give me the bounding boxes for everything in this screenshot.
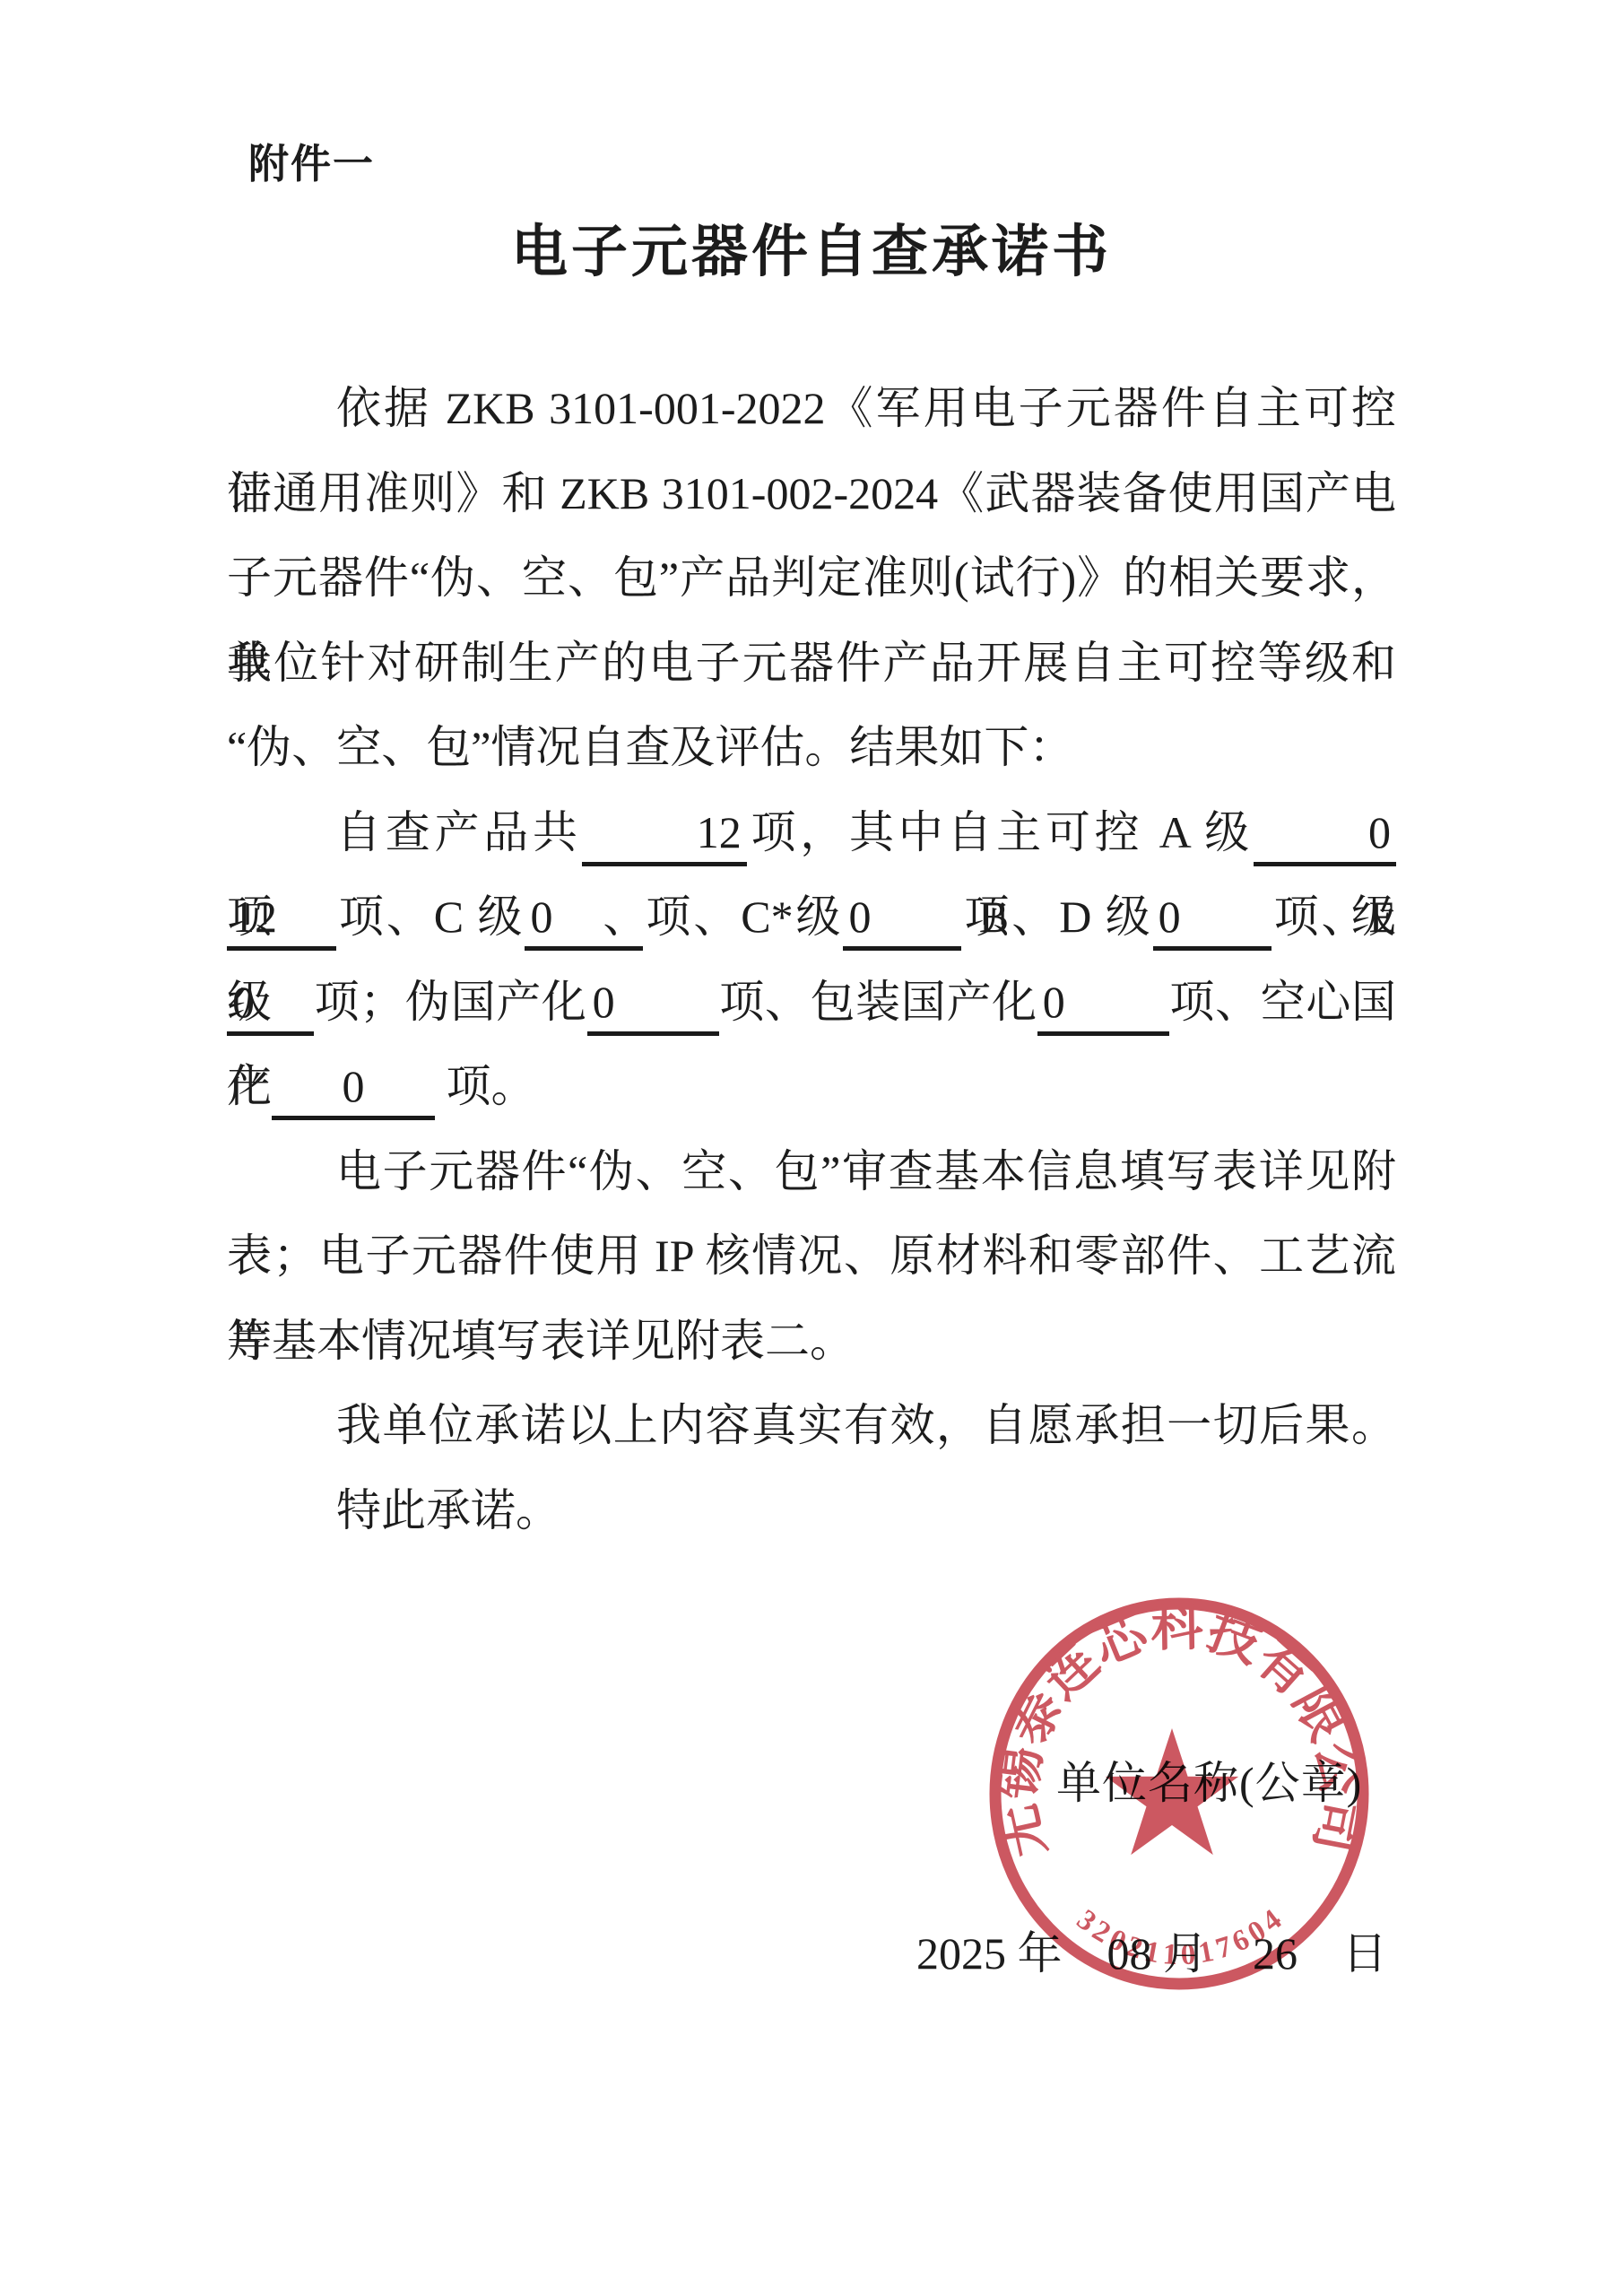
page-title: 电子元器件自查承诺书 (0, 206, 1623, 288)
seal-graphic: 无锡泰连芯科技有限公司 320211017604 (964, 1578, 1394, 2009)
body-line: 我单位承诺以上内容真实有效，自愿承担一切后果。 (227, 1383, 1396, 1468)
body-line: 子元器件“伪、空、包”产品判定准则(试行)》的相关要求，我 (227, 535, 1396, 621)
attachment-label: 附件一 (248, 131, 375, 189)
body-line: 单位针对研制生产的电子元器件产品开展自主可控等级和 (227, 621, 1396, 706)
document-page: 附件一 电子元器件自查承诺书 依据 ZKB 3101-001-2022《军用电子… (0, 0, 1623, 2296)
body-line: 等基本情况填写表详见附表二。 (227, 1299, 1396, 1384)
fill-in-blank-value: 12 (227, 889, 336, 951)
body-line: 0项；伪国产化0项、包装国产化0项、空心国产 (227, 960, 1396, 1045)
body-line: 依据 ZKB 3101-001-2022《军用电子元器件自主可控评 (227, 366, 1396, 451)
fill-in-blank-value: 0 (587, 974, 719, 1036)
body-line: “伪、空、包”情况自查及评估。结果如下： (227, 705, 1396, 790)
body-line: 一；电子元器件使用 IP 核情况、原材料和零部件、工艺流片 (227, 1213, 1396, 1299)
document-body: 依据 ZKB 3101-001-2022《军用电子元器件自主可控评估通用准则》和… (227, 366, 1396, 1552)
svg-text:1: 1 (1141, 1935, 1162, 1970)
body-line: 12项、C 级0项、C*级0项、D 级0项、E 级 (227, 874, 1396, 960)
fill-in-blank-value: 0 (227, 974, 314, 1036)
fill-in-blank-value: 0 (525, 889, 643, 951)
body-line: 电子元器件“伪、空、包”审查基本信息填写表详见附表 (227, 1129, 1396, 1214)
fill-in-blank-value: 0 (1254, 804, 1396, 866)
company-seal-stamp: 无锡泰连芯科技有限公司 320211017604 (964, 1578, 1394, 2009)
fill-in-blank-value: 0 (1153, 889, 1271, 951)
svg-text:1: 1 (1162, 1938, 1179, 1971)
body-line: 特此承诺。 (227, 1468, 1396, 1553)
fill-in-blank-value: 0 (843, 889, 961, 951)
seal-star-icon (1106, 1728, 1238, 1855)
fill-in-blank-value: 0 (1037, 974, 1169, 1036)
body-line: 自查产品共12项，其中自主可控 A 级0项、B 级 (227, 790, 1396, 875)
svg-text:0: 0 (1180, 1938, 1197, 1971)
fill-in-blank-value: 0 (272, 1058, 435, 1120)
body-line: 化0 项。 (227, 1044, 1396, 1129)
body-line: 估通用准则》和 ZKB 3101-002-2024《武器装备使用国产电 (227, 451, 1396, 536)
fill-in-blank-value: 12 (582, 804, 747, 866)
